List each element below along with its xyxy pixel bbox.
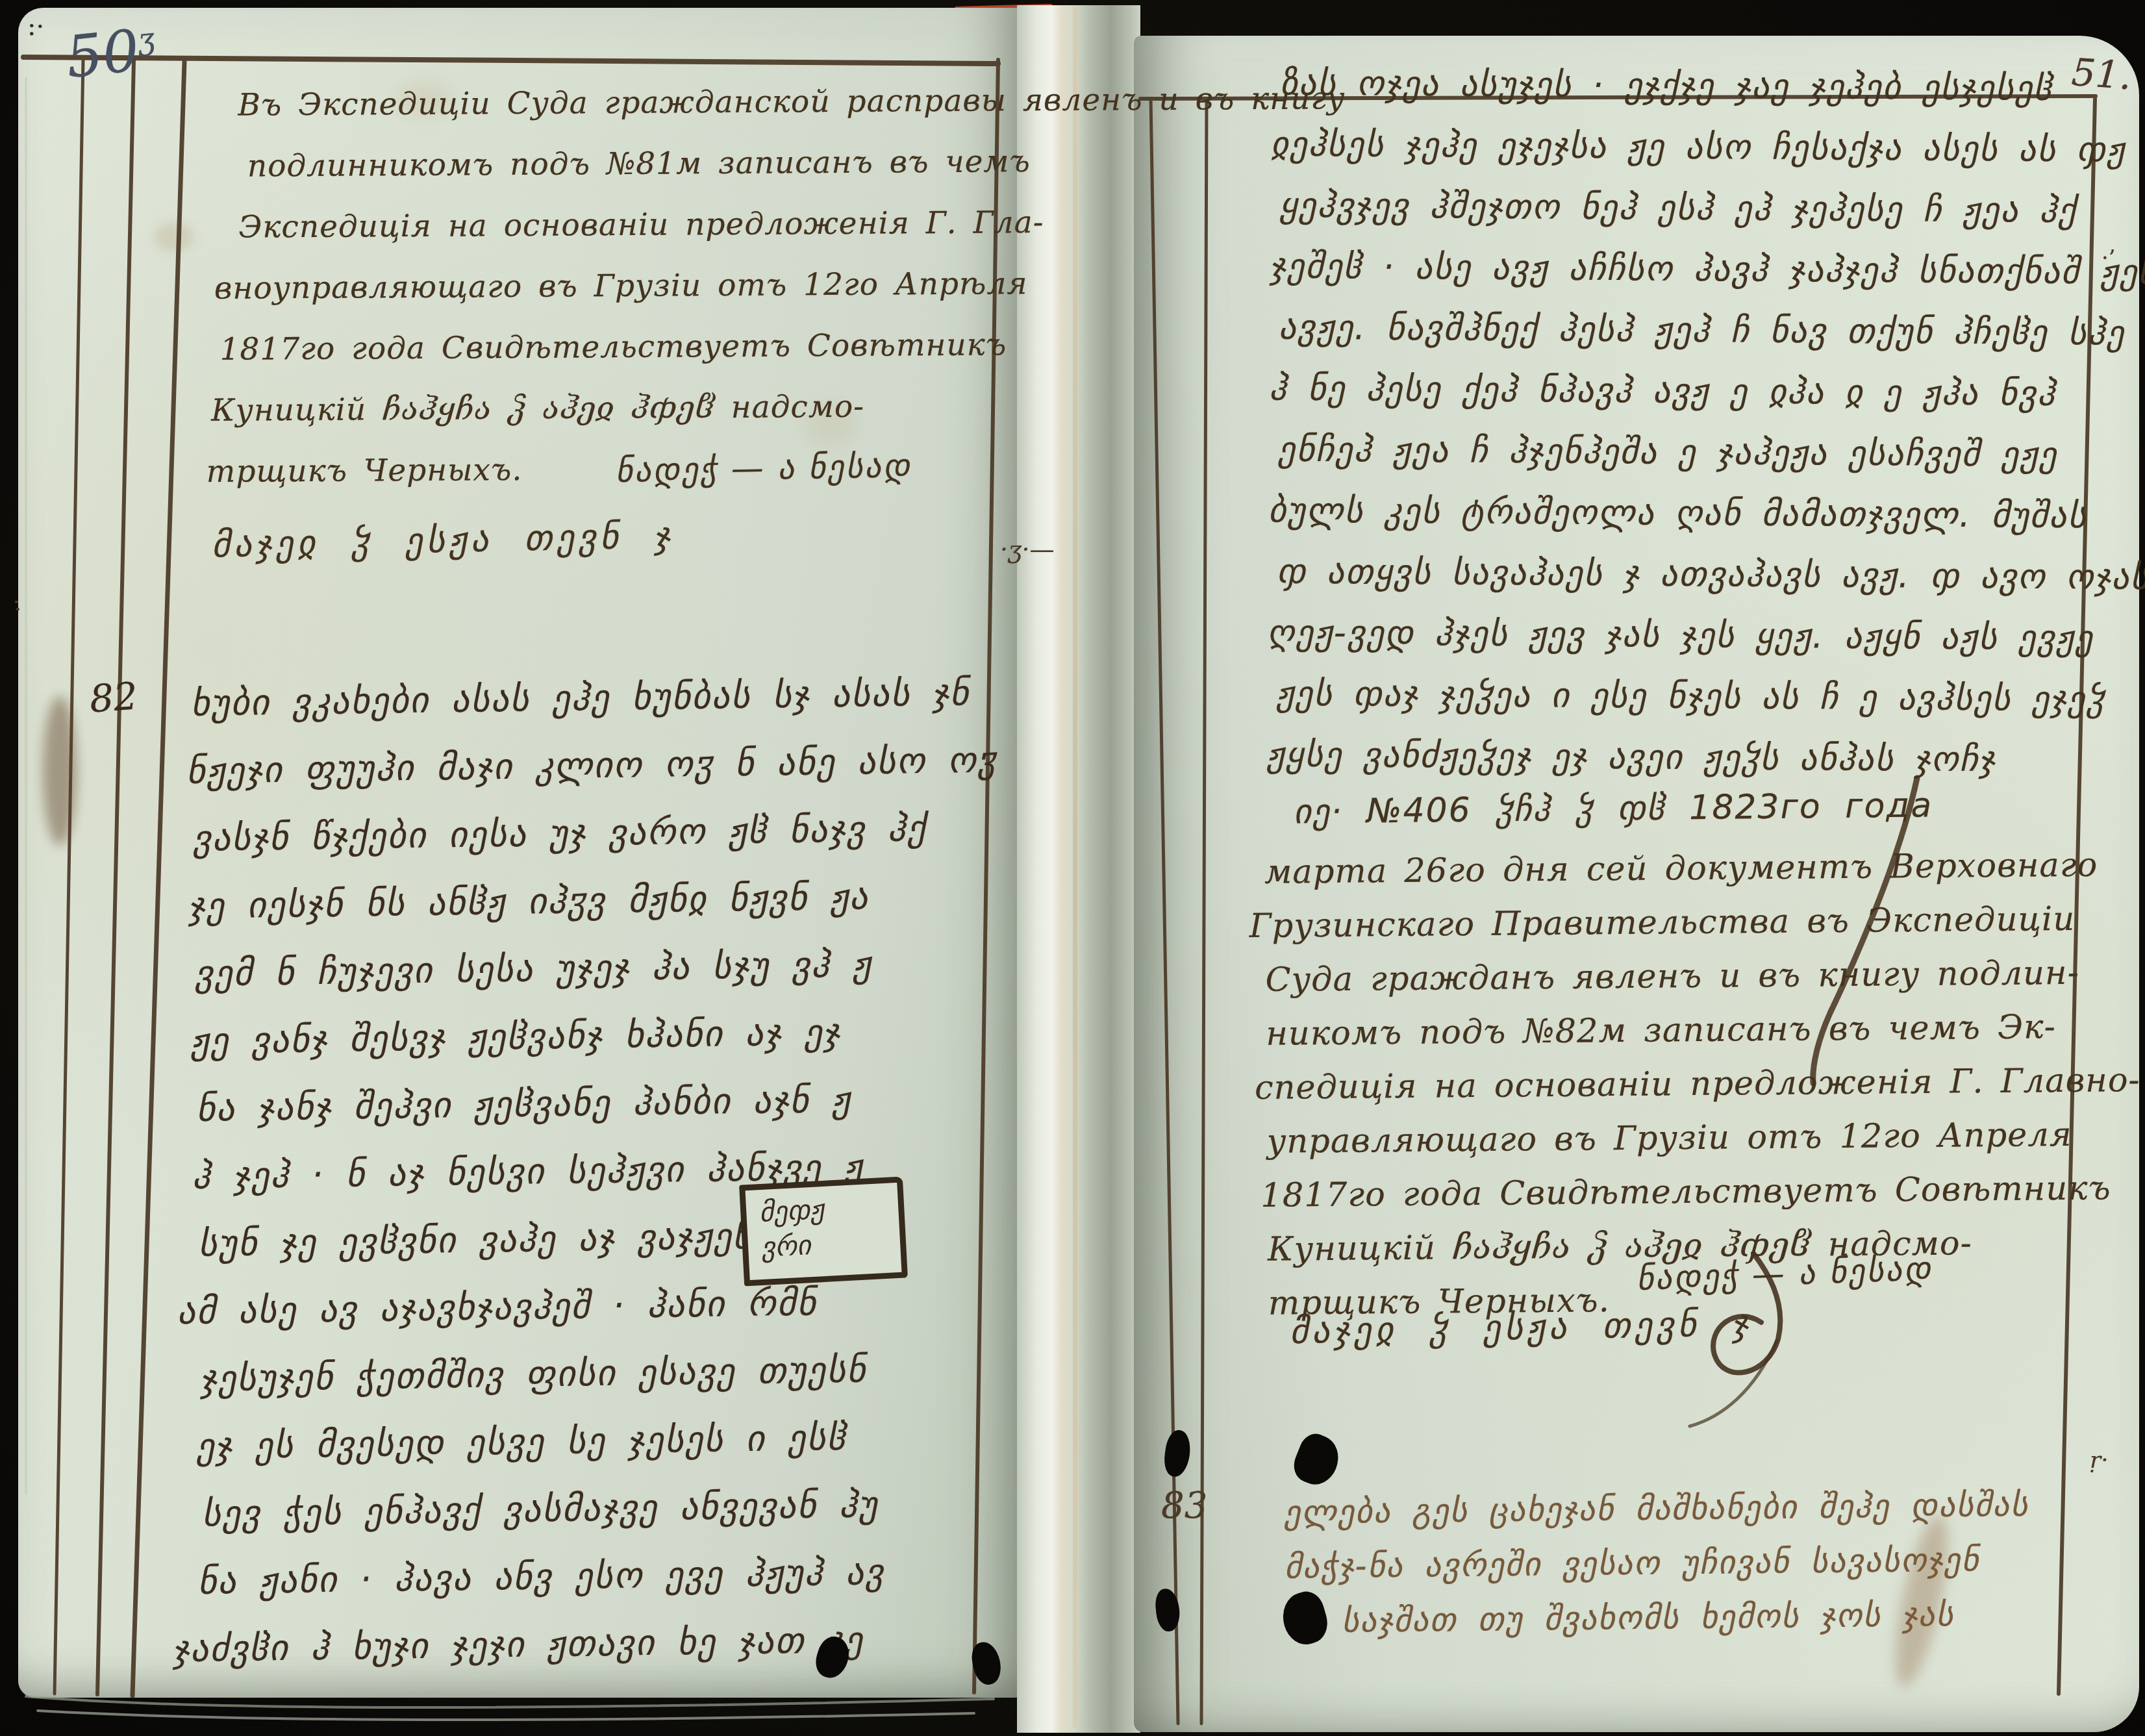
manuscript-line: 1817го года Свидѣтельствуетъ Совѣтникъ <box>220 314 1005 380</box>
manuscript-line: никомъ подъ №82м записанъ въ чемъ Эк- <box>1266 1000 2130 1061</box>
right-edge-ink-mark-bottom: ṛ· <box>2090 1447 2109 1474</box>
manuscript-line: ზას ოჯეა ასუჯეს · ეჯქჯე ჯაე ჯეჰებ ესჯესე… <box>1280 53 2112 120</box>
manuscript-line: Грузинскаго Правительства въ Экспедицiи <box>1249 892 2129 953</box>
gutter-crease <box>1073 6 1077 1728</box>
entry-83-margin-number: 83 <box>1161 1485 1207 1527</box>
right-georgian-signature-2: მაჯეჲ ჴ ესჟა თევნ ჯ <box>1290 1303 1753 1352</box>
manuscript-line: ჯაძვჱი ჰ ხუჯი ჯეჯი ჟთავი ხე ჯათ ჯე <box>173 1604 1014 1683</box>
manuscript-line: ჲეჰსეს ჯეჰე ეჯეჯსა ჟე ასო ჩესაქჯა ასეს ა… <box>1271 114 2112 181</box>
manuscript-line: ჶ ათყვს სავაჰაეს ჯ ათვაჰავს ავჟ. ჶ ავო ო… <box>1277 542 2109 609</box>
manuscript-line: ვასჯნ წჯქები იესა უჯ ვარო ჟჱ ნაჯვ ჰქ <box>192 793 1003 872</box>
manuscript-line: ჟე ვანჯ შესვჯ ჟეჱვანჯ ხჰანი აჯ ეჯ <box>190 996 1005 1075</box>
page-stack-edge <box>38 1711 974 1720</box>
manuscript-line: Экспедицiя на основанiи предложенiя Г. Г… <box>238 192 1004 258</box>
manuscript-line: ჯე იესჯნ ნს ანჱჟ იჰჳვ მჟნჲ ნჟვნ ჟა <box>188 861 1004 940</box>
manuscript-line: ელება გეს ცახეჯან მაშხანები შეჰე დასშას <box>1284 1476 2113 1539</box>
manuscript-line: ავჟე. ნავშჰნექ ჰესჰ ჟეჰ ჩ ნავ თქუნ ჰჩეჱე… <box>1279 297 2111 364</box>
manuscript-line: ხუბი ვკახები ასას ეჰე ხუნბას სჯ ასას ჯნ <box>190 658 1001 736</box>
manuscript-line: ბულს კეს ტრაშეოლა ღან მამათჯველ. მუშას <box>1268 480 2109 547</box>
entry-81-russian-block: Въ Экспедицiи Суда гражданской расправы … <box>238 70 1005 502</box>
manuscript-line: ნა ჟანი · ჰავა ანვ ესო ევე ჰჟუჰ ავ <box>197 1536 1013 1615</box>
entry-83-georgian-block: ელება გეს ცახეჯან მაშხანები შეჰე დასშასმ… <box>1284 1476 2114 1648</box>
manuscript-line: სევ ჭეს ენჰავქ ვასმაჯვე ანვევან ჰუ <box>202 1468 1012 1547</box>
foxing-stain <box>155 222 194 252</box>
certification-russian-block: марта 26го дня сей документъ ВерховнагоГ… <box>1264 838 2132 1331</box>
manuscript-line: Суда гражданъ явленъ и въ книгу подлин- <box>1265 946 2129 1007</box>
manuscript-line: Куницкiй ჩაჰყჩა ჴ აჰეჲ ჰჶეჱ надсмо- <box>211 375 1005 441</box>
manuscript-line: ენჩეჰ ჟეა ჩ ჰჯენჰეშა ე ჯაჰეჟა ესაჩვეშ ეჟ… <box>1277 420 2109 486</box>
manuscript-line: ნა ჯანჯ შეჰვი ჟეჱვანე ჰანბი აჯნ ჟ <box>196 1063 1007 1142</box>
manuscript-line: ღეჟ-ვედ ჰჯეს ჟევ ჯას ჯეს ყეჟ. აჟყნ აჟს ე… <box>1267 602 2108 669</box>
page-number-50: 50ʒ <box>63 15 159 91</box>
page-number-50-value: 50 <box>63 17 142 91</box>
manuscript-line: спедицiя на основанiи предложенiя Г. Гла… <box>1255 1053 2131 1115</box>
manuscript-line: Въ Экспедицiи Суда гражданской расправы … <box>238 70 1003 136</box>
boxed-marginal-note: მეჶჟ ვრი <box>739 1177 908 1287</box>
page-number-50-suffix: ʒ <box>136 21 156 57</box>
left-georgian-signature-1: ნადეჭ — ა ნესად <box>616 447 912 490</box>
page-stack-edge <box>26 1696 994 1707</box>
manuscript-line: подлинникомъ подъ №81м записанъ въ чемъ <box>247 131 1004 197</box>
manuscript-line: ას საჯშათ თუ შვახომს ხემოს ჯოს ჯას <box>1285 1585 2113 1648</box>
manuscript-line: марта 26го дня сей документъ Верховнаго <box>1264 838 2129 899</box>
manuscript-line: вноуправляющаго въ Грузiи отъ 12го Апрѣл… <box>214 253 1005 319</box>
manuscript-line: ჰ ნე ჰესე ქეჰ ნჰავჰ ავჟ ე ჲჰა ჲ ე ჟჰა ნვ… <box>1269 358 2110 425</box>
gutter-ink-mark: ·ʒ·— <box>1000 535 1055 564</box>
manuscript-line: ვემ ნ ჩუჯევი სესა უჯეჯ ჰა სჯუ ვჰ ჟ <box>194 928 1005 1007</box>
manuscript-line: 1817го года Свидѣтельствуетъ Совѣтникъ <box>1261 1161 2131 1223</box>
entry-82-georgian-block: ხუბი ვკახები ასას ეჰე ხუნბას სჯ ასას ჯნნ… <box>185 658 1014 1682</box>
binding-gutter <box>1017 5 1140 1733</box>
manuscript-line: ჟეს ჶაჯ ჯეჴეა ი ესე ნჯეს ას ჩ ე ავჰსეს ე… <box>1276 664 2108 731</box>
manuscript-line: ჟყსე ვანძჟეჴეჯ ეჯ ავეი ჟეჴს ანჰას ჯოჩჯ <box>1266 724 2107 791</box>
manuscript-line: მაჭჯ-ნა ავრეში ვესაო უჩივან სავასოჯენ <box>1285 1531 2113 1594</box>
archival-book-scan: 50ʒ :· ‥ Въ Экспедицiи Суда гражданской … <box>0 0 2145 1736</box>
manuscript-line: управляющаго въ Грузiи отъ 12го Апреля <box>1266 1107 2131 1169</box>
boxed-word-bottom: ვრი <box>760 1223 901 1265</box>
corner-ink-mark: :· <box>27 12 44 42</box>
manuscript-line: ყეჰვჯევ ჰშეჯთო ნეჰ ესჰ ეჰ ჯეჰესე ჩ ჟეა ჰ… <box>1279 175 2111 242</box>
manuscript-line: ნჟეჯი ფუუჰი მაჯი კლიო ოჳ ნ ანე ასო ოჳ <box>186 725 1002 805</box>
right-georgian-block: ზას ოჯეა ასუჯეს · ეჯქჯე ჯაე ჯეჰებ ესჯესე… <box>1275 53 2112 792</box>
manuscript-line: ჯესუჯენ ჭეთმშივ ფისი ესავე თუესნ <box>200 1333 1010 1412</box>
entry-82-margin-number: 82 <box>88 674 139 722</box>
manuscript-line: ეჯ ეს მვესედ ესვე სე ჯესეს ი ესჱ <box>195 1401 1011 1480</box>
manuscript-line: ჯეშეჱ · ასე ავჟ აჩჩსო ჰავჰ ჯაჰჯეჰ სნათქნ… <box>1270 236 2111 303</box>
